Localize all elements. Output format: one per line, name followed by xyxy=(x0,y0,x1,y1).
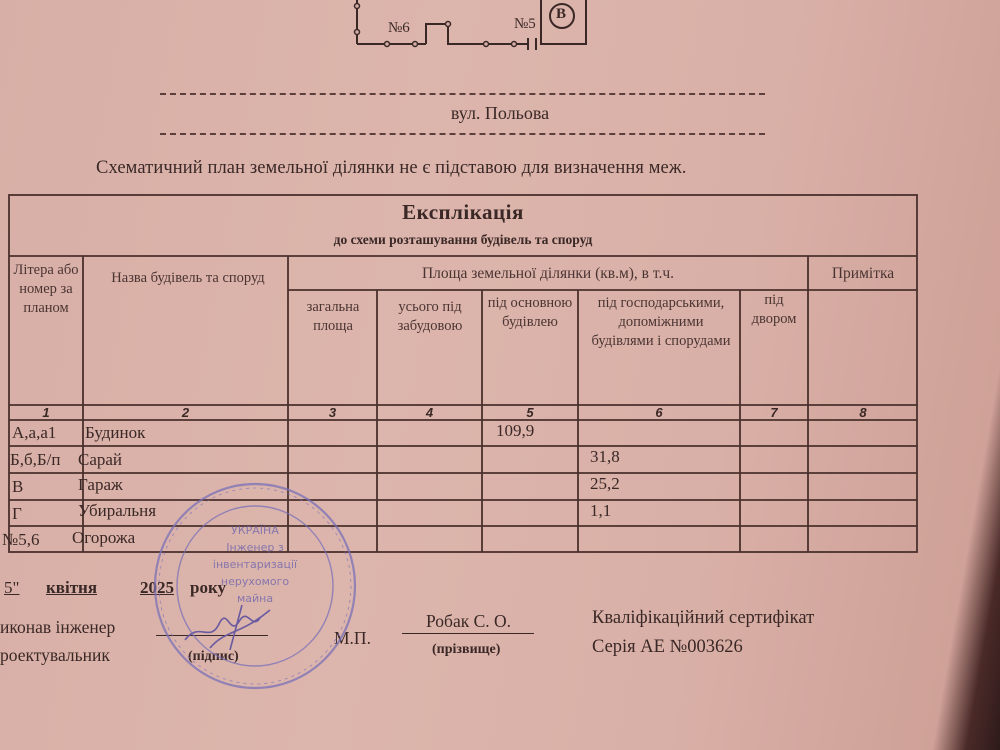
site-plan-fragment: №6 №5 В xyxy=(340,0,600,60)
performer-label-line2: роектувальник xyxy=(0,645,110,666)
column-number-6: 6 xyxy=(578,405,740,420)
stamp-line: інвентаризації xyxy=(150,556,360,573)
row-name: Сарай xyxy=(78,450,122,470)
header-total-area: загальна площа xyxy=(290,298,376,336)
header-note: Примітка xyxy=(808,264,918,283)
row-letter: В xyxy=(12,477,23,497)
row-name: Будинок xyxy=(85,423,145,443)
column-number-7: 7 xyxy=(740,405,808,420)
row-main-area: 109,9 xyxy=(496,421,534,441)
date-month: квітня xyxy=(46,578,97,598)
row-letter: №5,6 xyxy=(2,530,39,550)
explication-subtitle: до схеми розташування будівель та споруд xyxy=(8,232,918,248)
fence-label-5: №5 xyxy=(514,16,536,33)
street-border-top xyxy=(160,93,765,95)
header-area-group: Площа земельної ділянки (кв.м), в т.ч. xyxy=(288,264,808,283)
certificate-title: Кваліфікаційний сертифікат xyxy=(592,608,814,629)
disclaimer-text: Схематичний план земельної ділянки не є … xyxy=(96,158,686,179)
fence-label-6: №6 xyxy=(388,20,410,37)
column-number-2: 2 xyxy=(83,405,288,420)
header-name: Назва будівель та споруд xyxy=(93,269,283,288)
row-name: Убиральня xyxy=(78,501,156,521)
header-aux-buildings: під господарськими, допоміжними будівлям… xyxy=(586,294,736,351)
surname-line xyxy=(402,633,534,634)
surname-caption: (прізвище) xyxy=(432,642,500,658)
header-letter: Літера або номер за планом xyxy=(9,261,83,318)
signature-caption: (підпис) xyxy=(188,649,239,665)
table-grid xyxy=(8,194,918,554)
row-letter: Б,б,Б/п xyxy=(10,450,61,470)
column-number-8: 8 xyxy=(808,405,918,420)
surname: Робак С. О. xyxy=(426,611,511,632)
row-name: Огорожа xyxy=(72,528,135,548)
explication-table: Експлікація до схеми розташування будіве… xyxy=(8,194,918,554)
certificate-series: Серія АЕ №003626 xyxy=(592,637,743,658)
row-aux-area: 31,8 xyxy=(590,447,620,467)
street-border-bottom xyxy=(160,133,765,135)
document-page: №6 №5 В вул. Польова Схематичний план зе… xyxy=(0,0,1000,750)
date-year-suffix: року xyxy=(190,578,226,598)
column-number-1: 1 xyxy=(9,405,83,420)
row-letter: Г xyxy=(12,504,22,524)
performer-label-line1: иконав інженер xyxy=(0,617,115,638)
street-name: вул. Польова xyxy=(0,103,1000,124)
date-day: 5" xyxy=(4,578,19,598)
handwritten-signature xyxy=(180,600,280,655)
row-aux-area: 25,2 xyxy=(590,474,620,494)
header-main-building: під основною будівлею xyxy=(482,294,578,332)
header-built-area: усього під забудовою xyxy=(380,298,480,336)
row-letter: А,а,а1 xyxy=(12,423,56,443)
row-name: Гараж xyxy=(78,475,123,495)
seal-label: М.П. xyxy=(334,628,371,649)
date-year: 2025 xyxy=(140,578,174,598)
column-number-3: 3 xyxy=(288,405,377,420)
building-marker-v: В xyxy=(556,6,566,23)
row-aux-area: 1,1 xyxy=(590,501,611,521)
column-number-4: 4 xyxy=(377,405,482,420)
column-number-5: 5 xyxy=(482,405,578,420)
stamp-line: нерухомого xyxy=(150,573,360,590)
header-yard: під двором xyxy=(742,291,806,329)
explication-title: Експлікація xyxy=(8,200,918,225)
